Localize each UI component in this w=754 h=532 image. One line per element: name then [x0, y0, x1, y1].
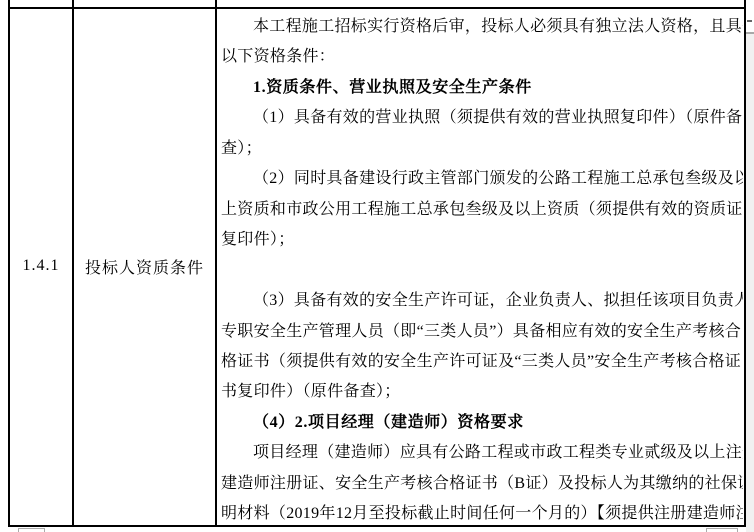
content-line: 项目经理（建造师）应具有公路工程或市政工程类专业贰级及以上注册 [221, 438, 741, 468]
clipped-box-bottom-right [706, 528, 738, 532]
content-line: 上资质和市政公用工程施工总承包叁级及以上资质（须提供有效的资质证书 [221, 195, 741, 225]
content-line: （1）具备有效的营业执照（须提供有效的营业执照复印件）（原件备 [221, 103, 741, 133]
content-line: 明材料（2019年12月至投标截止时间任何一个月的）【须提供注册建造师注 [221, 499, 741, 525]
content-line: 本工程施工招标实行资格后审，投标人必须具有独立法人资格，且具备 [221, 12, 741, 42]
content-line: 建造师注册证、安全生产考核合格证书（B证）及投标人为其缴纳的社保证 [221, 469, 741, 499]
content-line: 以下资格条件： [221, 42, 741, 72]
content-line: 书复印件）（原件备查）； [221, 377, 741, 407]
content-line: 格证书（须提供有效的安全生产许可证及“三类人员”安全生产考核合格证 [221, 347, 741, 377]
content-line: （3）具备有效的安全生产许可证，企业负责人、拟担任该项目负责人和 [221, 286, 741, 316]
qualification-content[interactable]: 本工程施工招标实行资格后审，投标人必须具有独立法人资格，且具备以下资格条件：1.… [217, 9, 743, 525]
clipped-box-bottom-left [18, 528, 45, 532]
clause-title: 投标人资质条件 [85, 255, 204, 278]
scrollbar-thumb[interactable] [746, 0, 754, 34]
clause-number: 1.4.1 [23, 257, 60, 275]
content-line: 1.资质条件、营业执照及安全生产条件 [221, 73, 741, 103]
clause-number-cell[interactable]: 1.4.1 [10, 9, 72, 523]
content-line: 查）； [221, 134, 741, 164]
content-line [221, 256, 741, 286]
document-page: { "colors": { "table_border": "#000000",… [0, 0, 754, 532]
scrollbar[interactable] [746, 0, 754, 532]
content-line: （2）同时具备建设行政主管部门颁发的公路工程施工总承包叁级及以 [221, 164, 741, 194]
content-line: （4）2.项目经理（建造师）资格要求 [221, 408, 741, 438]
clause-title-cell[interactable]: 投标人资质条件 [74, 9, 215, 523]
content-line: 复印件）； [221, 225, 741, 255]
scrollbar-grip-icon [747, 20, 752, 22]
table-border-row-bottom [8, 525, 746, 527]
content-line: 专职安全生产管理人员（即“三类人员”）具备相应有效的安全生产考核合 [221, 317, 741, 347]
